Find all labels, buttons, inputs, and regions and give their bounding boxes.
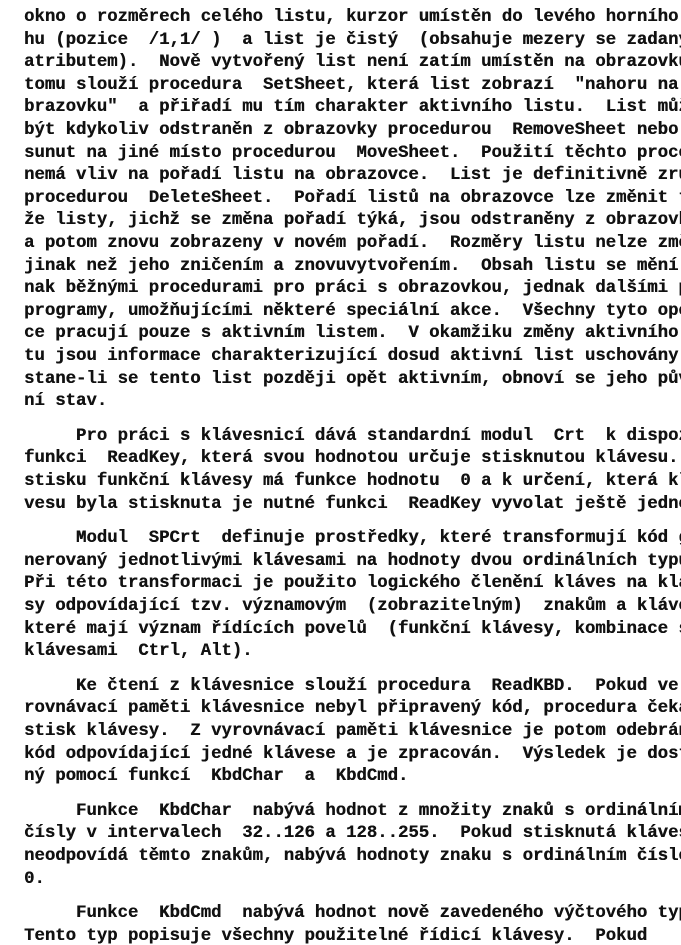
text-line: stisku funkční klávesy má funkce hodnotu… [24, 472, 681, 492]
text-line: Ke čtení z klávesnice slouží procedura R… [24, 677, 681, 697]
text-line: a potom znovu zobrazeny v novém pořadí. … [24, 234, 681, 254]
text-line: sy odpovídající tzv. významovým (zobrazi… [24, 597, 681, 617]
text-line: brazovku" a přiřadí mu tím charakter akt… [24, 98, 681, 118]
text-line: kód odpovídající jedné klávese a je zpra… [24, 745, 681, 765]
text-line: okno o rozměrech celého listu, kurzor um… [24, 8, 681, 28]
text-line: Funkce KbdChar nabývá hodnot z množity z… [24, 802, 681, 822]
text-line: ce pracují pouze s aktivním listem. V ok… [24, 324, 681, 344]
text-line: nemá vliv na pořadí listu na obrazovce. … [24, 166, 681, 186]
text-line: tomu slouží procedura SetSheet, která li… [24, 76, 681, 96]
text-line: programy, umožňujícími některé speciální… [24, 302, 681, 322]
text-line: atributem). Nově vytvořený list není zat… [24, 53, 681, 73]
text-line: tu jsou informace charakterizující dosud… [24, 347, 681, 367]
text-line: stane-li se tento list později opět akti… [24, 370, 681, 390]
text-line: nak běžnými procedurami pro práci s obra… [24, 279, 681, 299]
typewritten-page: okno o rozměrech celého listu, kurzor um… [0, 0, 681, 945]
text-line: být kdykoliv odstraněn z obrazovky proce… [24, 121, 681, 141]
text-line: ní stav. [24, 392, 107, 412]
text-line: Tento typ popisuje všechny použitelné ří… [24, 927, 647, 945]
text-line: nerovaný jednotlivými klávesami na hodno… [24, 552, 681, 572]
text-line: stisk klávesy. Z vyrovnávací paměti kláv… [24, 722, 681, 742]
text-line: funkci ReadKey, která svou hodnotou urču… [24, 449, 681, 469]
text-line: Při této transformaci je použito logické… [24, 574, 681, 594]
text-line: 0. [24, 870, 45, 890]
text-line: čísly v intervalech 32..126 a 128..255. … [24, 824, 681, 844]
text-line: Funkce KbdCmd nabývá hodnot nově zaveden… [24, 904, 681, 924]
text-line: Modul SPCrt definuje prostředky, které t… [24, 529, 681, 549]
text-line: sunut na jiné místo procedurou MoveSheet… [24, 144, 681, 164]
text-line: Pro práci s klávesnicí dává standardní m… [24, 427, 681, 447]
text-line: vesu byla stisknuta je nutné funkci Read… [24, 495, 681, 515]
text-line: procedurou DeleteSheet. Pořadí listů na … [24, 189, 681, 209]
text-line: klávesami Ctrl, Alt). [24, 642, 253, 662]
text-line: které mají význam řídících povelů (funkč… [24, 620, 681, 640]
text-line: neodpovídá těmto znakům, nabývá hodnoty … [24, 847, 681, 867]
text-line: ný pomocí funkcí KbdChar a KbdCmd. [24, 767, 408, 787]
text-line: hu (pozice /1,1/ ) a list je čistý (obsa… [24, 31, 681, 51]
text-line: rovnávací paměti klávesnice nebyl připra… [24, 699, 681, 719]
text-line: jinak než jeho zničením a znovuvytvoření… [24, 257, 681, 277]
text-line: že listy, jichž se změna pořadí týká, js… [24, 211, 681, 231]
